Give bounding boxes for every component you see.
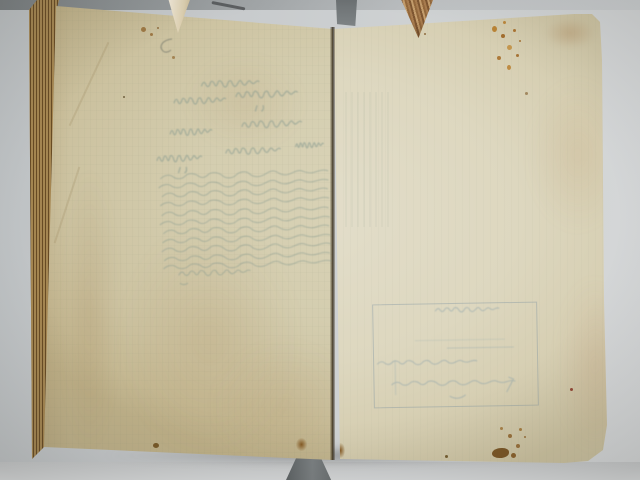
fox-spot bbox=[141, 27, 146, 32]
fox-spot bbox=[519, 40, 521, 42]
fox-spot bbox=[123, 96, 125, 98]
red-dot bbox=[570, 388, 573, 391]
water-stain bbox=[545, 18, 595, 48]
fox-spot bbox=[497, 56, 501, 60]
fox-spot bbox=[445, 455, 448, 458]
fox-spot bbox=[492, 26, 497, 32]
fox-spot bbox=[508, 434, 512, 438]
fox-spot bbox=[500, 427, 503, 430]
ink-blot bbox=[492, 448, 509, 458]
fox-spot bbox=[424, 33, 426, 35]
fox-spot bbox=[513, 29, 516, 32]
gutter-shadow bbox=[330, 27, 335, 460]
fox-spot bbox=[511, 453, 516, 458]
water-stain bbox=[530, 80, 625, 230]
fox-spot bbox=[524, 436, 526, 438]
ruled-striation bbox=[345, 92, 393, 227]
fox-spot bbox=[516, 54, 519, 57]
fox-spot bbox=[296, 438, 307, 451]
fox-spot bbox=[507, 45, 512, 50]
top-shadow-band bbox=[0, 0, 640, 10]
fox-spot bbox=[519, 428, 522, 431]
fox-spot bbox=[157, 27, 159, 29]
page-crease bbox=[69, 42, 110, 126]
water-stain bbox=[185, 55, 305, 150]
fox-spot bbox=[501, 34, 505, 38]
stamp-box bbox=[372, 302, 539, 409]
water-stain bbox=[62, 170, 117, 450]
fox-spot bbox=[172, 56, 175, 59]
fox-spot bbox=[503, 21, 506, 24]
gutter-gap bbox=[336, 0, 357, 26]
water-stain bbox=[560, 280, 630, 450]
fox-spot bbox=[525, 92, 528, 95]
fox-spot bbox=[153, 443, 159, 448]
fox-spot bbox=[507, 65, 511, 70]
fox-spot bbox=[150, 33, 153, 36]
fox-spot bbox=[516, 444, 520, 448]
photograph: Photograph of an open handwritten manusc… bbox=[0, 0, 640, 480]
